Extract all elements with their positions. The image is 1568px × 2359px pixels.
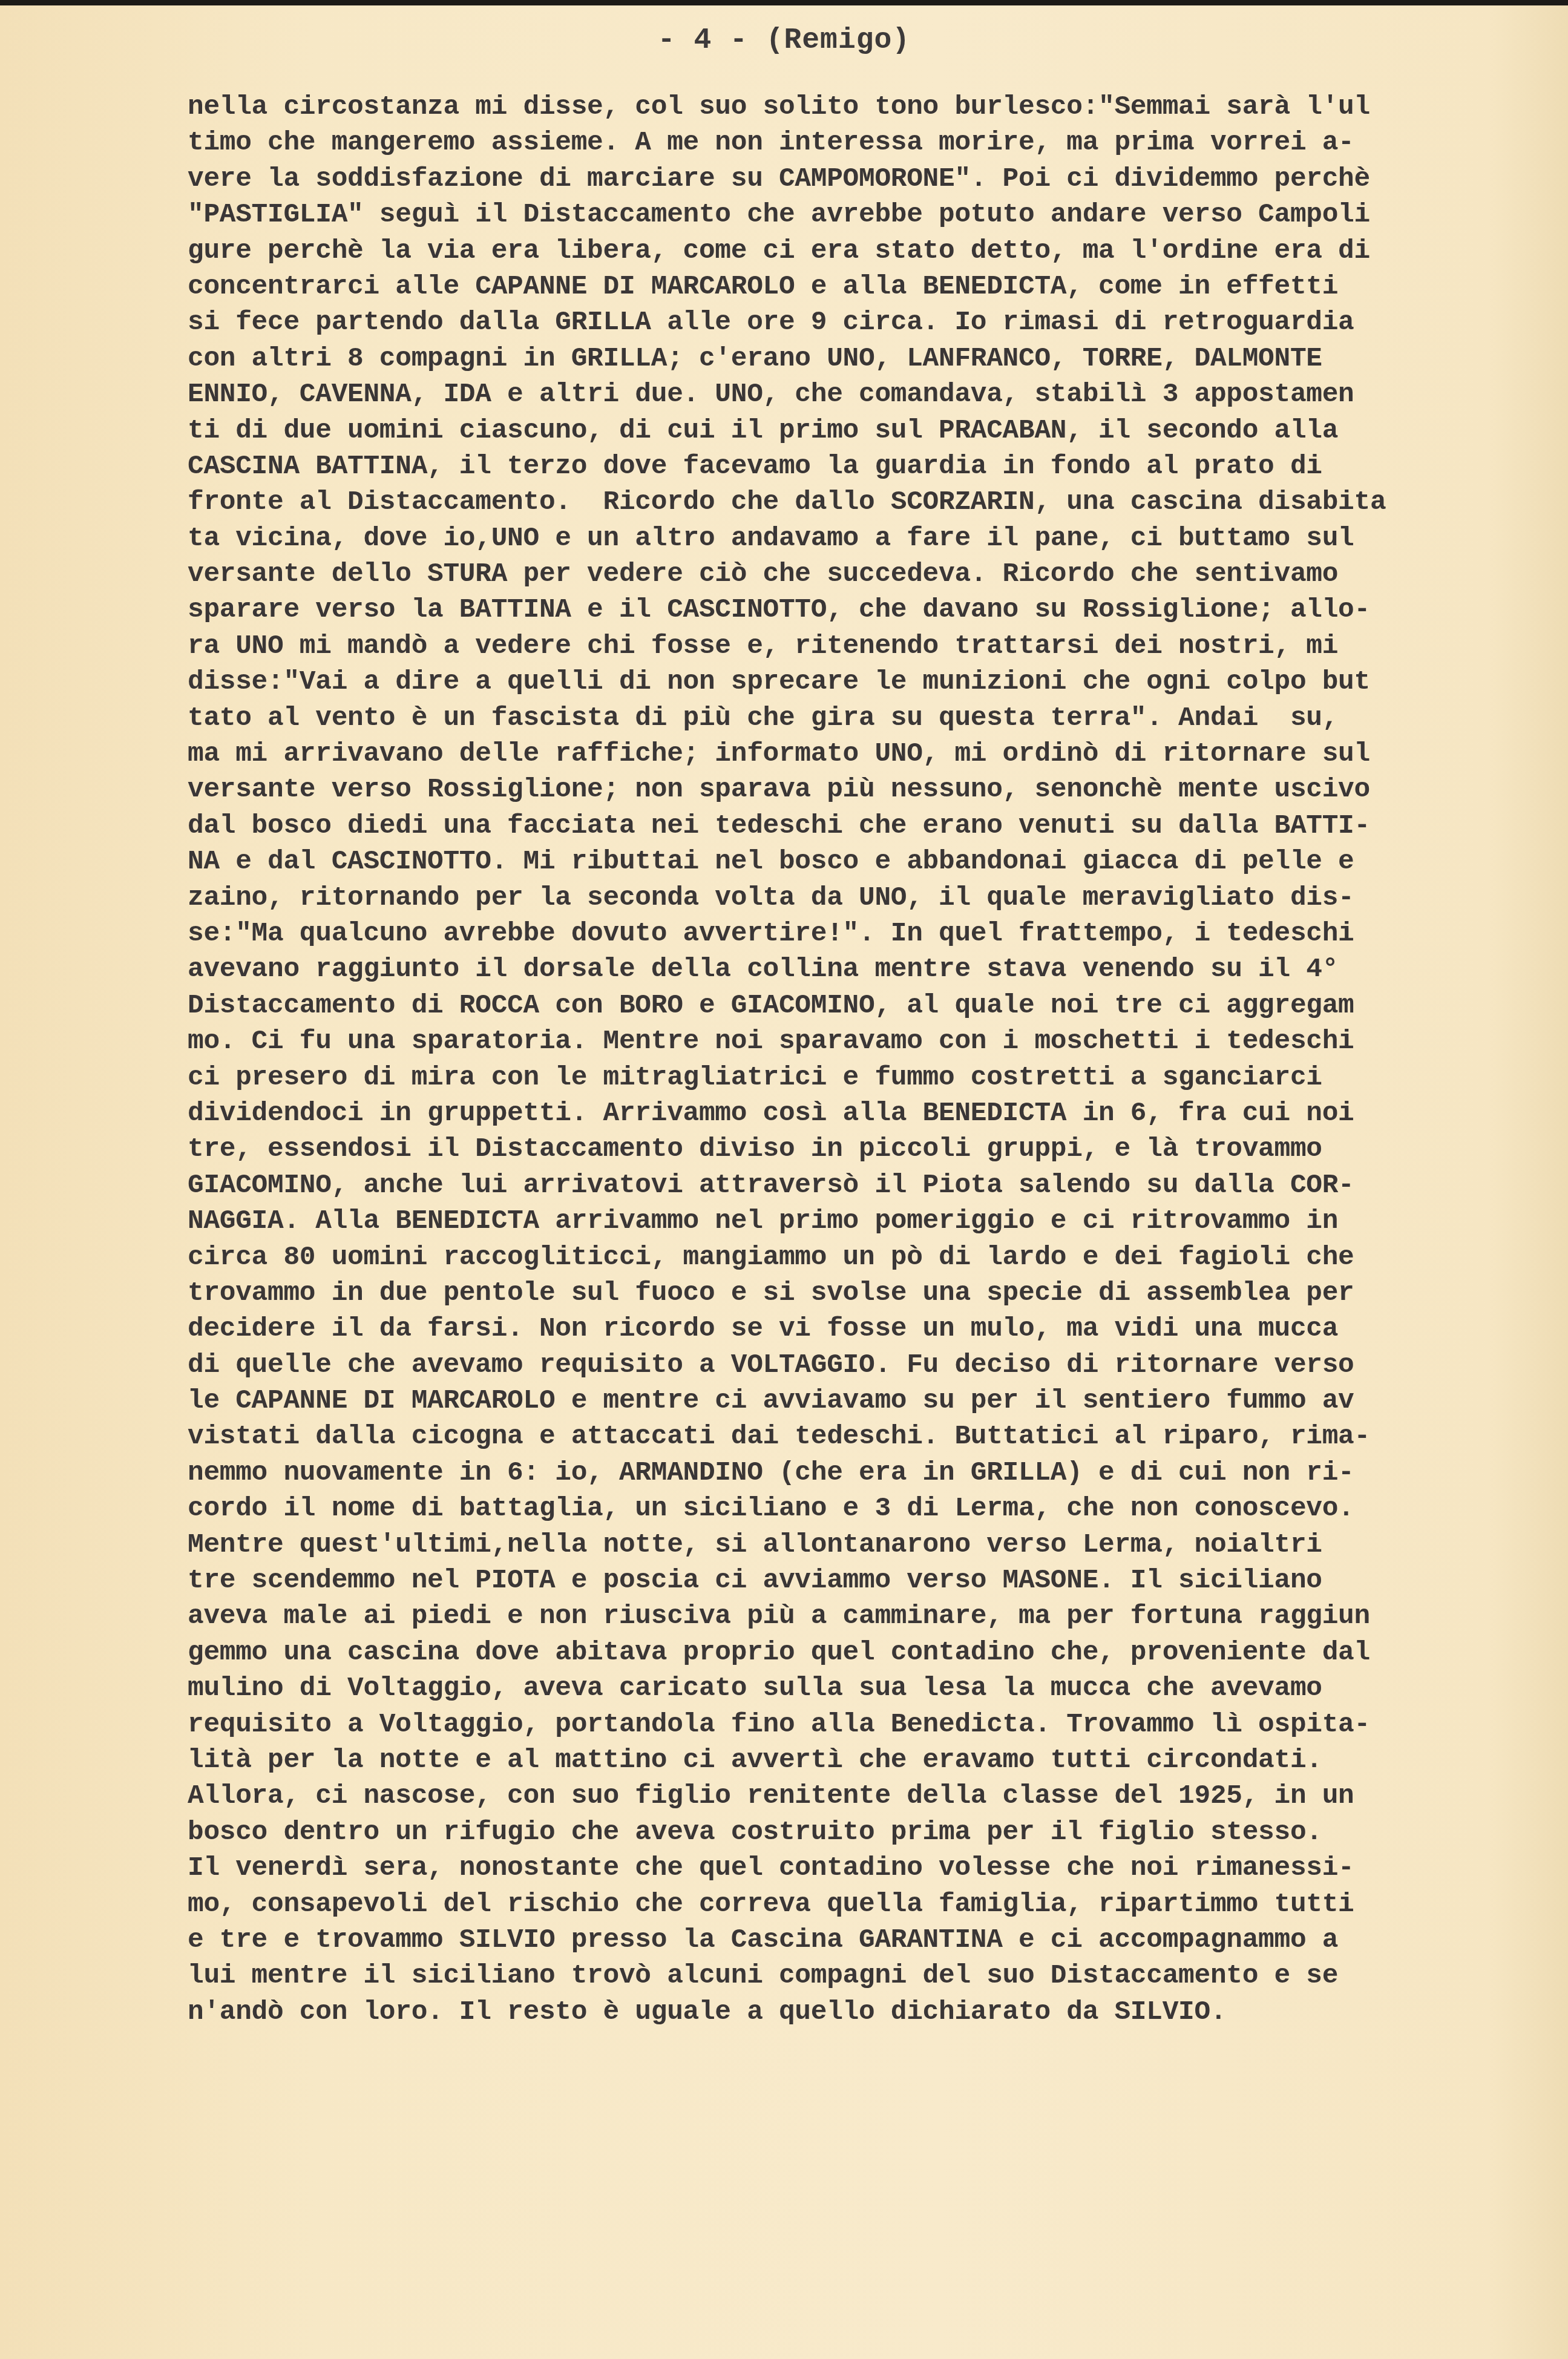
text-line: concentrarci alle CAPANNE DI MARCAROLO e… — [188, 269, 1561, 305]
text-line: requisito a Voltaggio, portandola fino a… — [188, 1707, 1561, 1743]
text-line: tre, essendosi il Distaccamento diviso i… — [188, 1132, 1561, 1167]
text-line: dal bosco diedi una facciata nei tedesch… — [188, 809, 1561, 844]
text-line: trovammo in due pentole sul fuoco e si s… — [188, 1276, 1561, 1311]
text-line: tre scendemmo nel PIOTA e poscia ci avvi… — [188, 1563, 1561, 1599]
text-line: mo. Ci fu una sparatoria. Mentre noi spa… — [188, 1024, 1561, 1060]
text-line: fronte al Distaccamento. Ricordo che dal… — [188, 485, 1561, 520]
text-line: dividendoci in gruppetti. Arrivammo così… — [188, 1096, 1561, 1132]
text-line: lui mentre il siciliano trovò alcuni com… — [188, 1958, 1561, 1994]
scan-top-border — [0, 0, 1568, 5]
text-line: CASCINA BATTINA, il terzo dove facevamo … — [188, 449, 1561, 485]
text-line: bosco dentro un rifugio che aveva costru… — [188, 1815, 1561, 1851]
text-line: ra UNO mi mandò a vedere chi fosse e, ri… — [188, 629, 1561, 664]
text-line: circa 80 uomini raccogliticci, mangiammo… — [188, 1240, 1561, 1276]
text-line: e tre e trovammo SILVIO presso la Cascin… — [188, 1923, 1561, 1958]
text-line: disse:"Vai a dire a quelli di non spreca… — [188, 664, 1561, 700]
text-line: ti di due uomini ciascuno, di cui il pri… — [188, 413, 1561, 449]
text-line: ci presero di mira con le mitragliatrici… — [188, 1060, 1561, 1096]
text-line: ma mi arrivavano delle raffiche; informa… — [188, 737, 1561, 772]
text-line: Il venerdì sera, nonostante che quel con… — [188, 1851, 1561, 1886]
text-line: tato al vento è un fascista di più che g… — [188, 701, 1561, 737]
text-line: aveva male ai piedi e non riusciva più a… — [188, 1599, 1561, 1635]
text-line: nemmo nuovamente in 6: io, ARMANDINO (ch… — [188, 1455, 1561, 1491]
text-line: Allora, ci nascose, con suo figlio renit… — [188, 1779, 1561, 1814]
text-line: versante verso Rossiglione; non sparava … — [188, 772, 1561, 808]
text-line: zaino, ritornando per la seconda volta d… — [188, 881, 1561, 916]
text-line: di quelle che avevamo requisito a VOLTAG… — [188, 1348, 1561, 1383]
text-line: lità per la notte e al mattino ci avvert… — [188, 1743, 1561, 1779]
text-line: mulino di Voltaggio, aveva caricato sull… — [188, 1671, 1561, 1707]
text-line: Distaccamento di ROCCA con BORO e GIACOM… — [188, 988, 1561, 1024]
text-line: le CAPANNE DI MARCAROLO e mentre ci avvi… — [188, 1383, 1561, 1419]
text-line: sparare verso la BATTINA e il CASCINOTTO… — [188, 592, 1561, 628]
page-header: - 4 - (Remigo) — [0, 24, 1568, 57]
text-line: Mentre quest'ultimi,nella notte, si allo… — [188, 1527, 1561, 1563]
text-line: GIACOMINO, anche lui arrivatovi attraver… — [188, 1168, 1561, 1204]
text-line: se:"Ma qualcuno avrebbe dovuto avvertire… — [188, 916, 1561, 952]
text-line: n'andò con loro. Il resto è uguale a que… — [188, 1995, 1561, 2030]
text-line: vere la soddisfazione di marciare su CAM… — [188, 162, 1561, 197]
text-line: NA e dal CASCINOTTO. Mi ributtai nel bos… — [188, 844, 1561, 880]
text-line: "PASTIGLIA" seguì il Distaccamento che a… — [188, 197, 1561, 233]
text-line: decidere il da farsi. Non ricordo se vi … — [188, 1311, 1561, 1347]
text-line: timo che mangeremo assieme. A me non int… — [188, 125, 1561, 161]
text-line: mo, consapevoli del rischio che correva … — [188, 1887, 1561, 1923]
text-line: si fece partendo dalla GRILLA alle ore 9… — [188, 305, 1561, 341]
text-line: cordo il nome di battaglia, un siciliano… — [188, 1491, 1561, 1527]
text-line: ENNIO, CAVENNA, IDA e altri due. UNO, ch… — [188, 377, 1561, 413]
text-line: con altri 8 compagni in GRILLA; c'erano … — [188, 341, 1561, 377]
text-line: NAGGIA. Alla BENEDICTA arrivammo nel pri… — [188, 1204, 1561, 1239]
text-line: gure perchè la via era libera, come ci e… — [188, 234, 1561, 269]
body-text: nella circostanza mi disse, col suo soli… — [188, 90, 1561, 2030]
text-line: vistati dalla cicogna e attaccati dai te… — [188, 1419, 1561, 1455]
text-line: ta vicina, dove io,UNO e un altro andava… — [188, 521, 1561, 557]
text-line: avevano raggiunto il dorsale della colli… — [188, 952, 1561, 988]
text-line: versante dello STURA per vedere ciò che … — [188, 557, 1561, 592]
text-line: gemmo una cascina dove abitava proprio q… — [188, 1635, 1561, 1671]
text-line: nella circostanza mi disse, col suo soli… — [188, 90, 1561, 125]
